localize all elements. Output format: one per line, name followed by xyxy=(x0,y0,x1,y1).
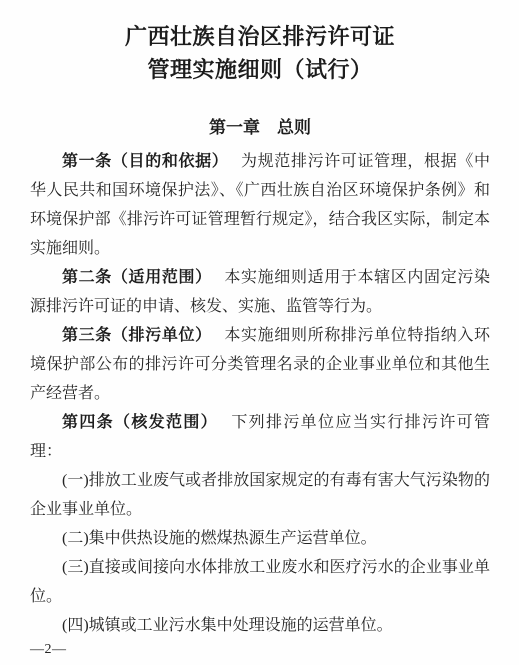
list-item-2-text: (二)集中供热设施的燃煤热源生产运营单位。 xyxy=(62,530,377,547)
paragraph-article-1: 第一条（目的和依据）为规范排污许可证管理，根据《中华人民共和国环境保护法》、《广… xyxy=(30,147,490,263)
list-item-3: (三)直接或间接向水体排放工业废水和医疗污水的企业事业单位。 xyxy=(30,553,490,611)
paragraph-article-2: 第二条（适用范围）本实施细则适用于本辖区内固定污染源排污许可证的申请、核发、实施… xyxy=(30,263,490,321)
list-item-4-text: (四)城镇或工业污水集中处理设施的运营单位。 xyxy=(62,617,393,634)
chapter-heading: 第一章 总则 xyxy=(30,118,490,138)
document-title-line1: 广西壮族自治区排污许可证 xyxy=(30,20,490,53)
page-number: —2— xyxy=(30,642,67,658)
list-item-4: (四)城镇或工业污水集中处理设施的运营单位。 xyxy=(30,611,490,640)
article-2-lead: 第二条（适用范围） xyxy=(62,269,212,286)
list-item-1: (一)排放工业废气或者排放国家规定的有毒有害大气污染物的企业事业单位。 xyxy=(30,466,490,524)
document-page: 广西壮族自治区排污许可证 管理实施细则（试行） 第一章 总则 第一条（目的和依据… xyxy=(0,0,519,665)
document-title: 广西壮族自治区排污许可证 管理实施细则（试行） xyxy=(30,20,490,86)
list-item-3-text: (三)直接或间接向水体排放工业废水和医疗污水的企业事业单位。 xyxy=(30,559,490,605)
document-title-line2: 管理实施细则（试行） xyxy=(30,53,490,86)
article-3-lead: 第三条（排污单位） xyxy=(62,327,212,344)
article-4-lead: 第四条（核发范围） xyxy=(62,414,218,431)
paragraph-article-3: 第三条（排污单位）本实施细则所称排污单位特指纳入环境保护部公布的排污许可分类管理… xyxy=(30,321,490,408)
list-item-2: (二)集中供热设施的燃煤热源生产运营单位。 xyxy=(30,524,490,553)
list-item-1-text: (一)排放工业废气或者排放国家规定的有毒有害大气污染物的企业事业单位。 xyxy=(30,472,490,518)
article-1-lead: 第一条（目的和依据） xyxy=(62,153,228,170)
paragraph-article-4: 第四条（核发范围）下列排污单位应当实行排污许可管理： xyxy=(30,408,490,466)
